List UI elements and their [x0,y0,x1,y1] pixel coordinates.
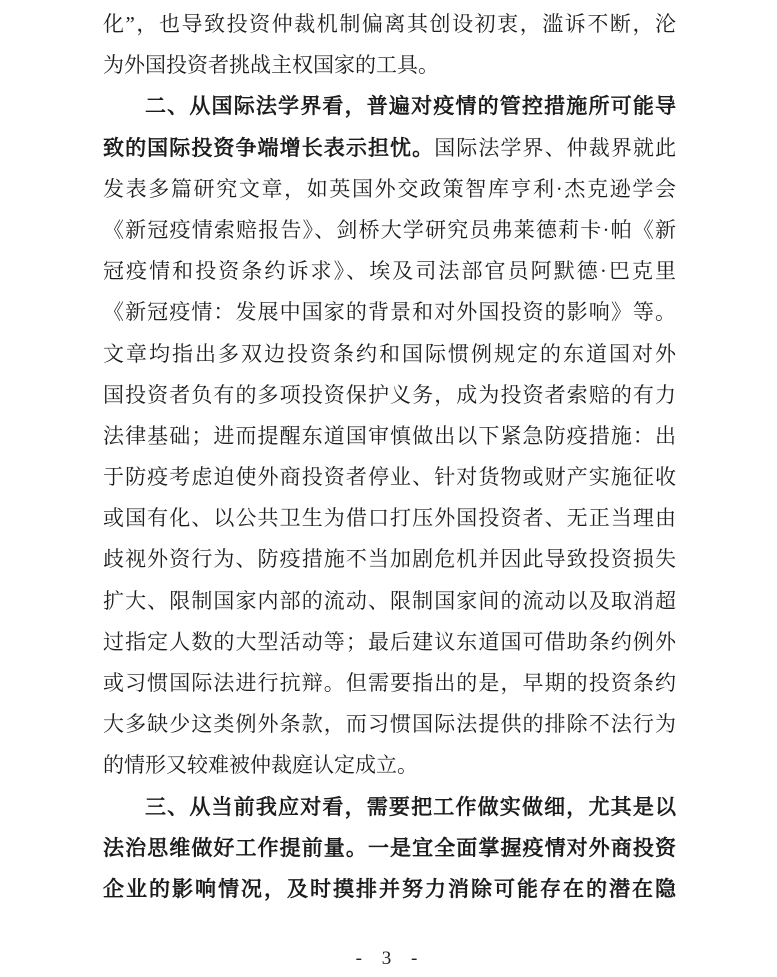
document-body: 化”，也导致投资仲裁机制偏离其创设初衷，滥诉不断，沦 为外国投资者挑战主权国家的… [103,4,676,910]
section-heading-line: 三、从当前我应对看，需要把工作做实做细，尤其是以 [103,787,676,828]
body-text: 国际法学界、仲裁界就此 [434,136,676,160]
body-text: 或习惯国际法进行抗辩。但需要指出的是，早期的投资条约 [103,671,676,695]
text-line: 国投资者负有的多项投资保护义务，成为投资者索赔的有力 [103,375,676,416]
text-line: 冠疫情和投资条约诉求》、埃及司法部官员阿默德·巴克里 [103,251,676,292]
body-text: 大多缺少这类例外条款，而习惯国际法提供的排除不法行为 [103,712,676,736]
body-text: 的情形又较难被仲裁庭认定成立。 [103,753,418,777]
text-line: 或习惯国际法进行抗辩。但需要指出的是，早期的投资条约 [103,663,676,704]
document-page: 化”，也导致投资仲裁机制偏离其创设初衷，滥诉不断，沦 为外国投资者挑战主权国家的… [0,0,777,977]
body-text: 化”，也导致投资仲裁机制偏离其创设初衷，滥诉不断，沦 [103,12,676,36]
text-line: 过指定人数的大型活动等；最后建议东道国可借助条约例外 [103,622,676,663]
body-text: 发表多篇研究文章，如英国外交政策智库亨利·杰克逊学会 [103,177,676,201]
text-line: 致的国际投资争端增长表示担忧。国际法学界、仲裁界就此 [103,128,676,169]
text-line: 的情形又较难被仲裁庭认定成立。 [103,745,676,786]
text-line: 化”，也导致投资仲裁机制偏离其创设初衷，滥诉不断，沦 [103,4,676,45]
body-text: 扩大、限制国家内部的流动、限制国家间的流动以及取消超 [103,589,676,613]
body-text: 冠疫情和投资条约诉求》、埃及司法部官员阿默德·巴克里 [103,259,676,283]
bold-text: 致的国际投资争端增长表示担忧。 [103,137,434,160]
body-text: 《新冠疫情：发展中国家的背景和对外国投资的影响》等。 [103,300,676,324]
body-text: 国投资者负有的多项投资保护义务，成为投资者索赔的有力 [103,383,676,407]
body-text: 《新冠疫情索赔报告》、剑桥大学研究员弗莱德莉卡·帕《新 [103,218,676,242]
text-line: 大多缺少这类例外条款，而习惯国际法提供的排除不法行为 [103,704,676,745]
body-text: 为外国投资者挑战主权国家的工具。 [103,53,439,77]
bold-text: 法治思维做好工作提前量。一是宜全面掌握疫情对外商投资 [103,837,676,860]
text-line: 文章均指出多双边投资条约和国际惯例规定的东道国对外 [103,334,676,375]
page-number: - 3 - [0,946,777,972]
text-line: 《新冠疫情：发展中国家的背景和对外国投资的影响》等。 [103,292,676,333]
bold-text: 三、从当前我应对看，需要把工作做实做细，尤其是以 [145,796,676,819]
text-line: 歧视外资行为、防疫措施不当加剧危机并因此导致投资损失 [103,539,676,580]
body-text: 过指定人数的大型活动等；最后建议东道国可借助条约例外 [103,630,676,654]
body-text: 或国有化、以公共卫生为借口打压外国投资者、无正当理由 [103,506,676,530]
text-line: 为外国投资者挑战主权国家的工具。 [103,45,676,86]
body-text: 文章均指出多双边投资条约和国际惯例规定的东道国对外 [103,342,676,366]
text-line: 于防疫考虑迫使外商投资者停业、针对货物或财产实施征收 [103,457,676,498]
text-line: 法治思维做好工作提前量。一是宜全面掌握疫情对外商投资 [103,828,676,869]
text-line: 扩大、限制国家内部的流动、限制国家间的流动以及取消超 [103,581,676,622]
body-text: 歧视外资行为、防疫措施不当加剧危机并因此导致投资损失 [103,547,676,571]
body-text: 于防疫考虑迫使外商投资者停业、针对货物或财产实施征收 [103,465,676,489]
body-text: 法律基础；进而提醒东道国审慎做出以下紧急防疫措施：出 [103,424,676,448]
bold-text: 企业的影响情况，及时摸排并努力消除可能存在的潜在隐 [103,878,676,901]
text-line: 《新冠疫情索赔报告》、剑桥大学研究员弗莱德莉卡·帕《新 [103,210,676,251]
bold-text: 二、从国际法学界看，普遍对疫情的管控措施所可能导 [145,95,676,118]
text-line: 或国有化、以公共卫生为借口打压外国投资者、无正当理由 [103,498,676,539]
text-line: 发表多篇研究文章，如英国外交政策智库亨利·杰克逊学会 [103,169,676,210]
text-line: 法律基础；进而提醒东道国审慎做出以下紧急防疫措施：出 [103,416,676,457]
text-line: 企业的影响情况，及时摸排并努力消除可能存在的潜在隐 [103,869,676,910]
section-heading-line: 二、从国际法学界看，普遍对疫情的管控措施所可能导 [103,86,676,127]
